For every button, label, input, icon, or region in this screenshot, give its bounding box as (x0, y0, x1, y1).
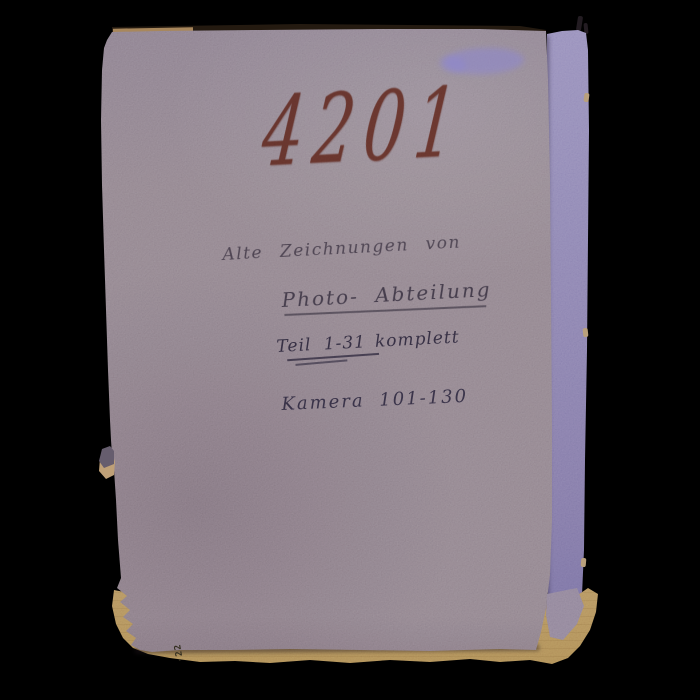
handwriting-line-3-suffix: komplett (374, 327, 460, 351)
handwriting-line-3: Teil 1-31komplett (276, 327, 460, 357)
handwriting-line-3-range: Teil 1-31 (276, 332, 366, 357)
torn-paper-bit (576, 16, 583, 32)
archive-folder-photo: 4201 Alte Zeichnungen von Photo- Abteilu… (0, 0, 700, 700)
catalog-number: 4201 (258, 75, 470, 181)
handwriting-line-2: Photo- Abteilung (281, 277, 492, 316)
spine-tear-notch (583, 328, 589, 337)
spine-tear-notch (581, 558, 587, 567)
underline (295, 359, 347, 365)
handwriting-line-4: Kamera 101-130 (281, 386, 469, 415)
spine-tear-notch (583, 93, 589, 103)
handwriting-line-1: Alte Zeichnungen von (222, 233, 461, 265)
